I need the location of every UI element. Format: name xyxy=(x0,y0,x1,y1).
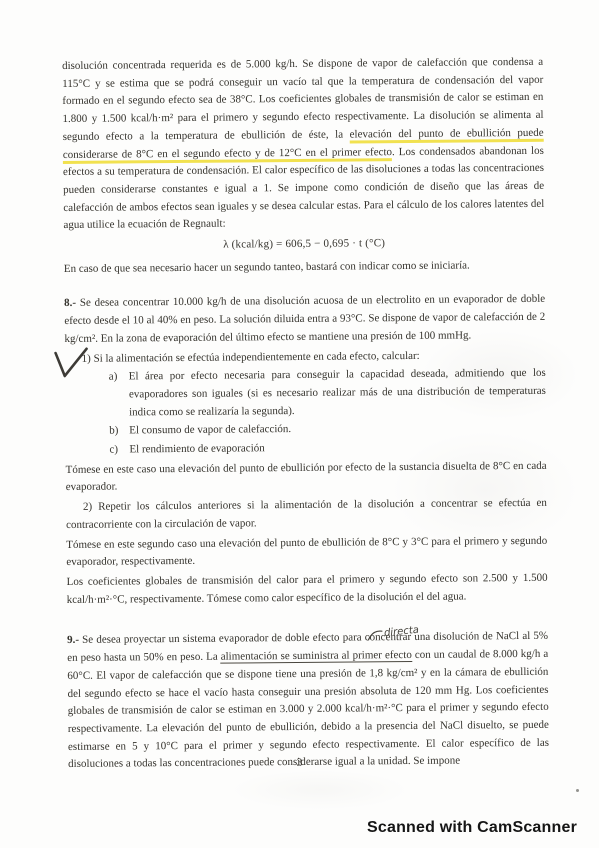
item-1-label: 1) xyxy=(82,352,91,364)
subitem-a-label: a) xyxy=(109,369,129,422)
subitem-b-text: El consumo de vapor de calefacción. xyxy=(129,419,546,440)
regnault-equation: λ (kcal/kg) = 606,5 − 0,695 · t (°C) xyxy=(64,234,545,256)
problem-9-paragraph: directa9.- Se desea proyectar un sistema… xyxy=(67,628,549,774)
scanned-document-page: disolución concentrada requerida es de 5… xyxy=(0,0,599,848)
problem-8-item-2: 2) Repetir los cálculos anteriores si la… xyxy=(66,495,547,535)
subitem-a-text: El área por efecto necesaria para conseg… xyxy=(129,365,546,422)
problem-8-note-3: Los coeficientes globales de transmisión… xyxy=(67,570,548,610)
scan-speck xyxy=(576,789,579,792)
item-1-text: Si la alimentación se efectúa independie… xyxy=(91,349,420,364)
problem-8-note-2: Tómese en este segundo caso una elevació… xyxy=(66,532,547,572)
problem-8-intro: 8.- Se desea concentrar 10.000 kg/h de u… xyxy=(64,291,545,348)
scan-artifact xyxy=(230,770,410,810)
paragraph-evaporator-continuation: disolución concentrada requerida es de 5… xyxy=(62,54,545,235)
document-text-block: disolución concentrada requerida es de 5… xyxy=(62,54,549,774)
problem-8-number: 8.- xyxy=(64,297,76,309)
camscanner-watermark: Scanned with CamScanner xyxy=(367,819,577,837)
problem-8-subitem-c: c) El rendimiento de evaporación xyxy=(109,438,546,460)
item-2-text: Repetir los cálculos anteriores si la al… xyxy=(66,497,547,531)
pen-underlined-phrase: alimentación se suministra al primer efe… xyxy=(221,649,412,664)
problem-9-text: con un caudal de 8.000 kg/h a 60°C. El v… xyxy=(67,648,549,770)
item-2-label: 2) xyxy=(83,501,92,513)
subitem-c-label: c) xyxy=(109,441,129,459)
problem-9-number: 9.- xyxy=(67,634,79,646)
second-try-note: En caso de que sea necesario hacer un se… xyxy=(64,257,545,279)
problem-8-note-1: Tómese en este caso una elevación del pu… xyxy=(66,458,547,498)
page-number: 3 xyxy=(0,757,599,769)
subitem-b-label: b) xyxy=(109,423,129,441)
problem-8-text: Se desea concentrar 10.000 kg/h de una d… xyxy=(64,293,545,345)
problem-8-subitem-a: a) El área por efecto necesaria para con… xyxy=(109,365,546,422)
subitem-c-text: El rendimiento de evaporación xyxy=(129,438,546,459)
